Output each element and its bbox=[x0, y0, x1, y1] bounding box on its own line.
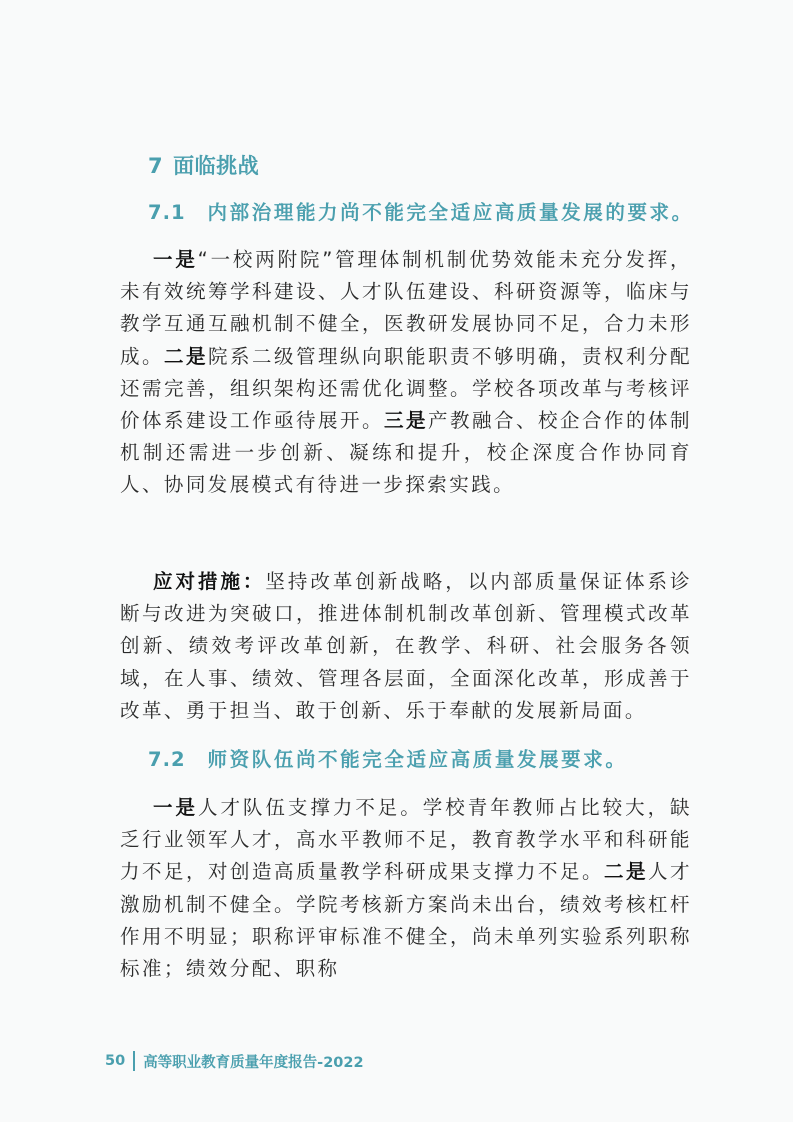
section-title: 师资队伍尚不能完全适应高质量发展要求。 bbox=[208, 748, 628, 771]
page-footer: 50 高等职业教育质量年度报告-2022 bbox=[105, 1050, 364, 1072]
bold-lead-first: 一是 bbox=[153, 796, 198, 819]
bold-lead-first: 一是 bbox=[153, 248, 198, 271]
paragraph-7-2-issues: 一是人才队伍支撑力不足。学校青年教师占比较大，缺乏行业领军人才，高水平教师不足，… bbox=[120, 792, 692, 985]
bold-lead-second: 二是 bbox=[604, 860, 648, 883]
section-title: 内部治理能力尚不能完全适应高质量发展的要求。 bbox=[208, 201, 694, 224]
bold-lead-second: 二是 bbox=[164, 345, 208, 368]
section-heading-7-2: 7.2师资队伍尚不能完全适应高质量发展要求。 bbox=[148, 744, 627, 772]
chapter-heading: 7面临挑战 bbox=[148, 150, 259, 180]
page-number: 50 bbox=[105, 1053, 125, 1069]
section-heading-7-1: 7.1内部治理能力尚不能完全适应高质量发展的要求。 bbox=[148, 197, 694, 225]
paragraph-7-1-measures: 应对措施：坚持改革创新战略，以内部质量保证体系诊断与改进为突破口，推进体制机制改… bbox=[120, 566, 692, 727]
bold-lead-measures: 应对措施： bbox=[153, 570, 265, 593]
section-number: 7.2 bbox=[148, 748, 186, 771]
publication-title: 高等职业教育质量年度报告-2022 bbox=[143, 1051, 363, 1072]
section-number: 7.1 bbox=[148, 201, 186, 224]
paragraph-7-1-issues: 一是“一校两附院”管理体制机制优势效能未充分发挥，未有效统筹学科建设、人才队伍建… bbox=[120, 244, 692, 502]
bold-lead-third: 三是 bbox=[384, 409, 428, 432]
chapter-title: 面临挑战 bbox=[173, 154, 259, 178]
chapter-number: 7 bbox=[148, 154, 163, 178]
footer-divider bbox=[133, 1051, 135, 1071]
document-page: 7面临挑战 7.1内部治理能力尚不能完全适应高质量发展的要求。 一是“一校两附院… bbox=[0, 0, 793, 1122]
